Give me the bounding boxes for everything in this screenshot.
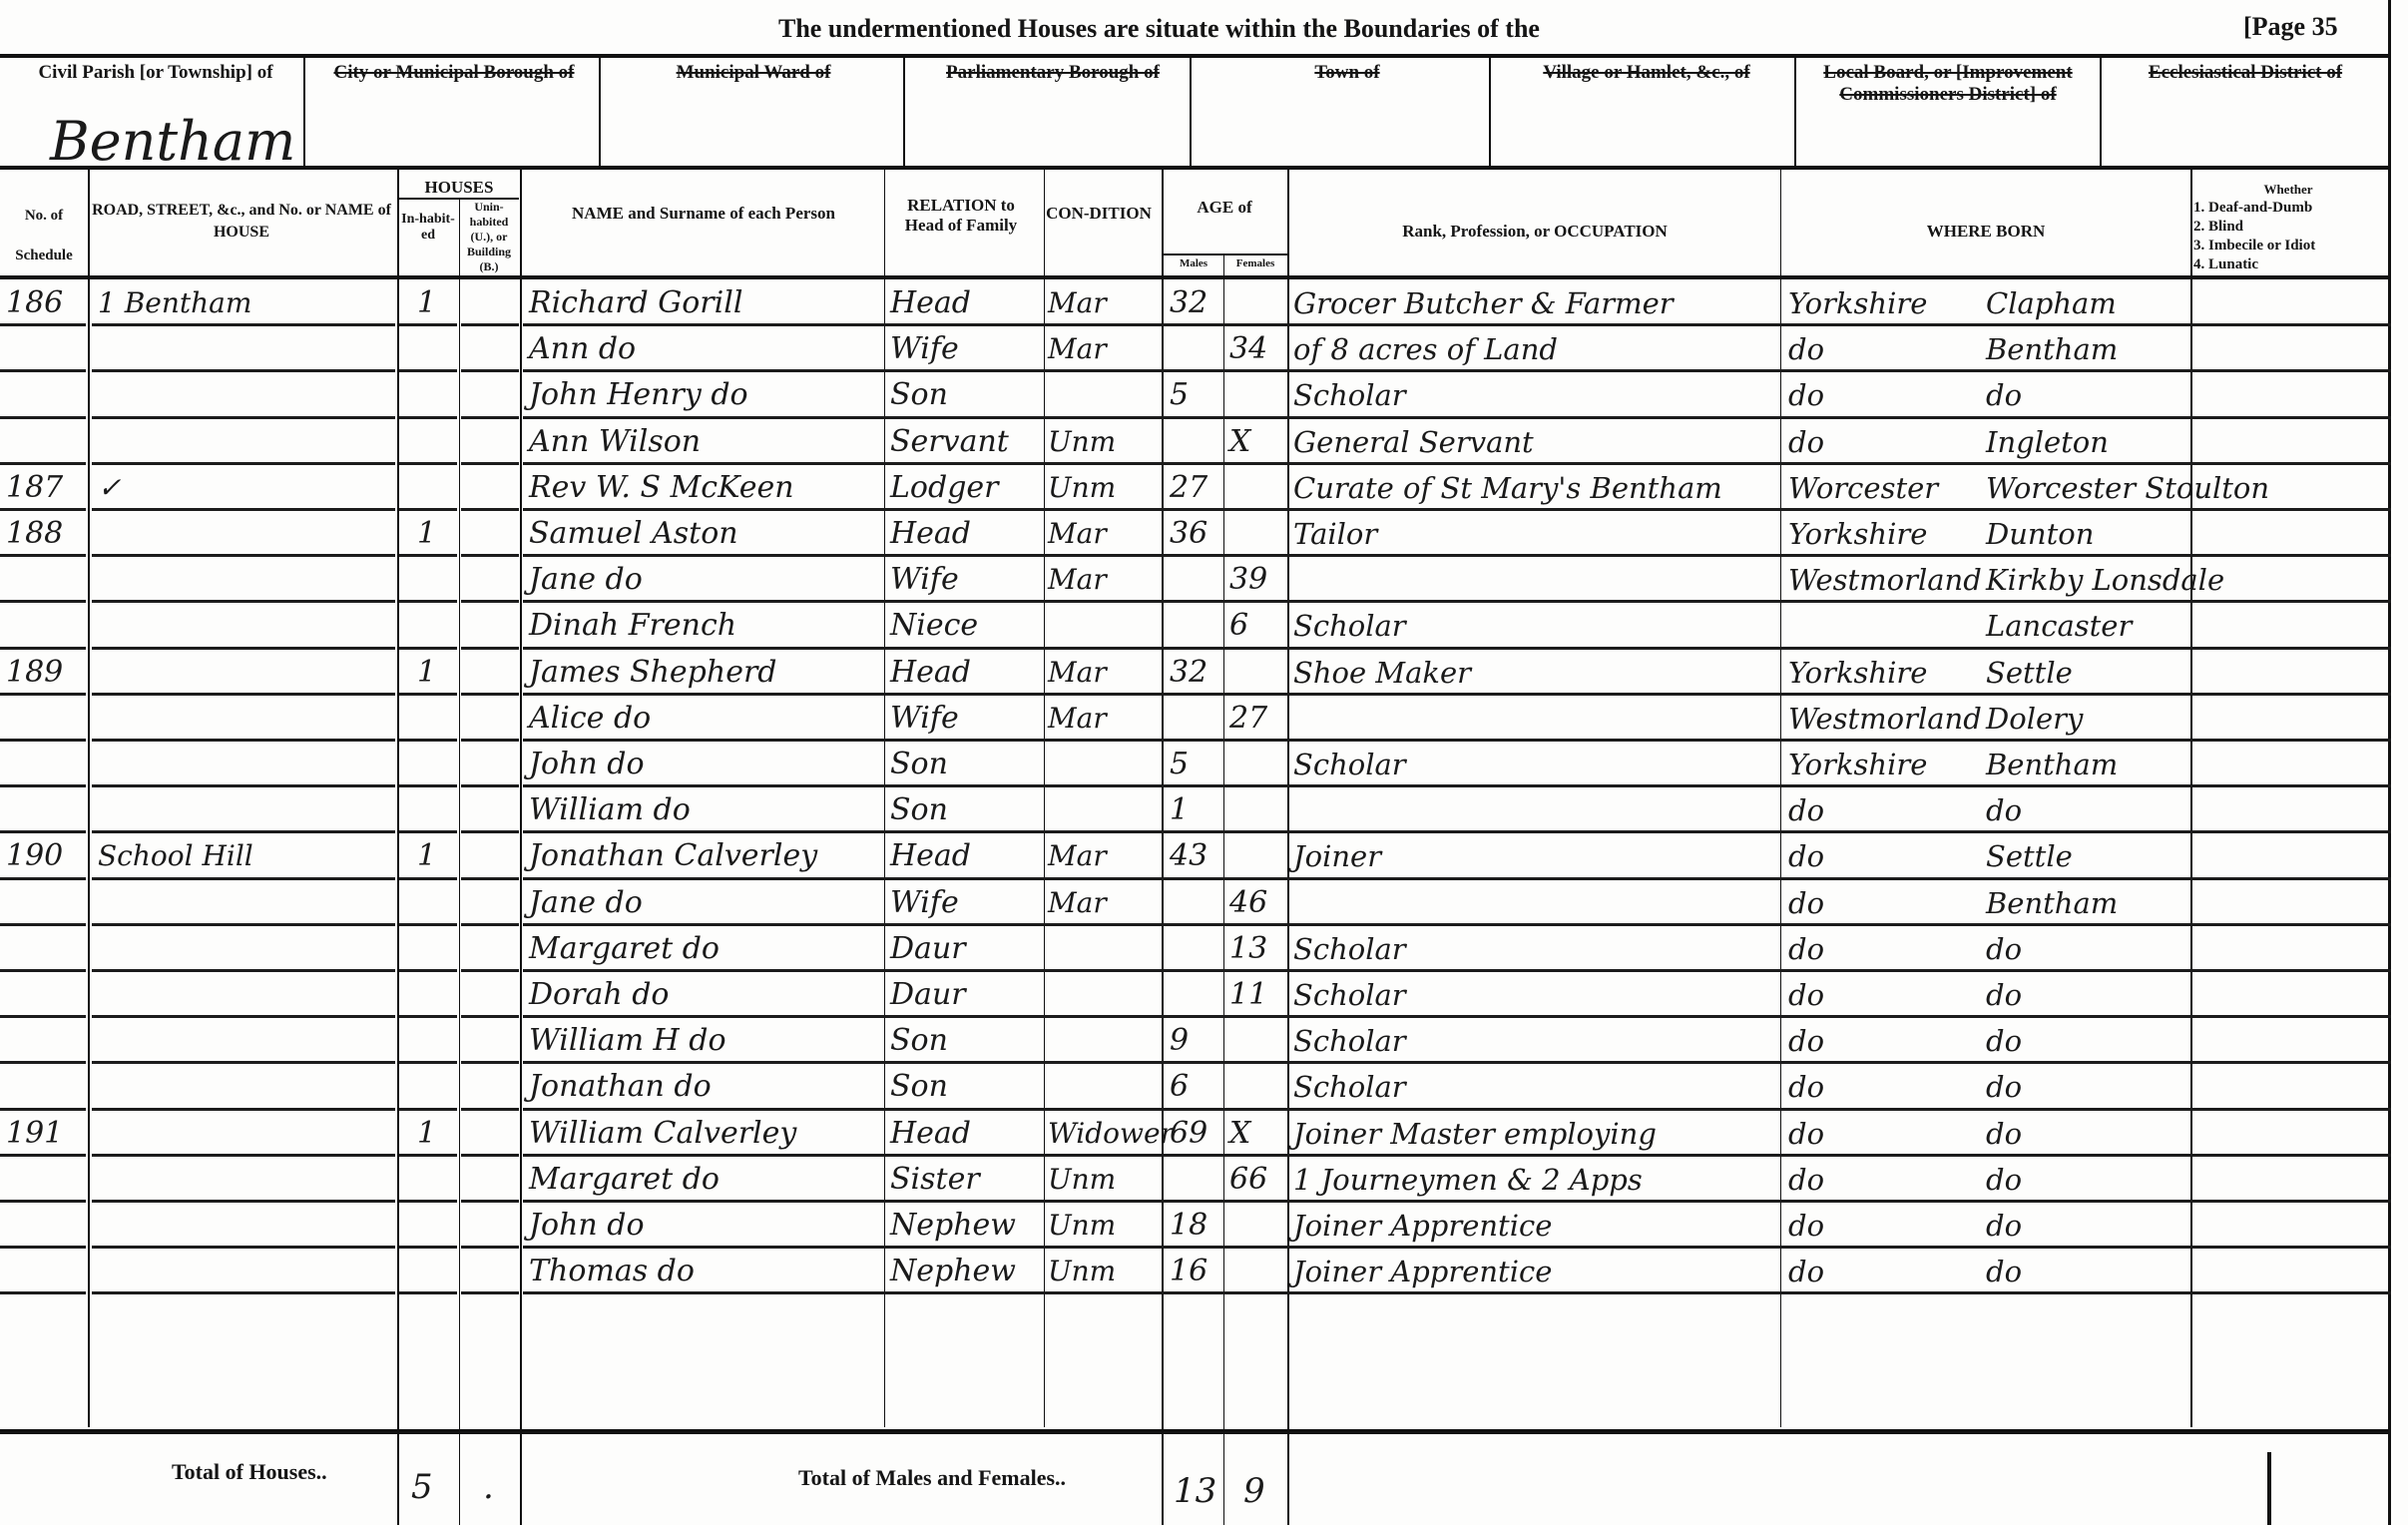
table-row: 1881Samuel AstonHeadMar36TailorYorkshire… — [0, 512, 2408, 558]
cell-name: Jane do — [529, 560, 643, 600]
row-rule — [399, 784, 457, 787]
page-number: [Page 35 — [2243, 12, 2338, 42]
row-rule — [2193, 1108, 2387, 1111]
row-rule — [0, 1061, 86, 1064]
cell-condition: Widower — [1048, 1114, 1174, 1154]
row-rule — [523, 600, 2391, 603]
cell-male-age: 9 — [1170, 1021, 1189, 1061]
row-rule — [523, 877, 2391, 880]
cell-born-county: do — [1788, 975, 1824, 1015]
row-rule — [399, 693, 457, 696]
cell-schedule: 189 — [6, 653, 63, 693]
row-rule — [461, 600, 519, 603]
header-males: Males — [1166, 257, 1221, 269]
cell-inhabited: 1 — [417, 283, 436, 323]
cell-name: William Calverley — [529, 1114, 796, 1154]
row-rule — [523, 369, 2391, 372]
cell-condition: Mar — [1048, 883, 1107, 923]
row-rule — [2193, 877, 2387, 880]
row-rule — [399, 830, 457, 833]
row-rule — [2193, 784, 2387, 787]
row-rule — [461, 739, 519, 742]
row-rule — [461, 1154, 519, 1157]
cell-condition: Mar — [1048, 560, 1107, 600]
row-rule — [0, 1108, 86, 1111]
cell-female-age: 13 — [1229, 929, 1267, 969]
cell-name: Jonathan do — [529, 1067, 712, 1107]
cell-male-age: 32 — [1170, 283, 1207, 323]
row-rule — [92, 600, 395, 603]
row-rule — [399, 416, 457, 419]
cell-born-place: Settle — [1986, 836, 2073, 876]
cell-relation: Head — [890, 836, 971, 876]
cell-born-county: do — [1788, 929, 1824, 969]
row-rule — [399, 923, 457, 926]
cell-relation: Son — [890, 1067, 948, 1107]
row-rule — [523, 416, 2391, 419]
row-rule — [2193, 1154, 2387, 1157]
infirmity-option: 4. Lunatic — [2193, 255, 2383, 274]
cell-female-age: 39 — [1229, 560, 1267, 600]
cell-name: James Shepherd — [529, 653, 777, 693]
cell-occupation: Scholar — [1293, 929, 1406, 969]
cell-female-age: 27 — [1229, 699, 1267, 739]
cell-condition: Mar — [1048, 699, 1107, 739]
cell-occupation: General Servant — [1293, 422, 1534, 462]
cell-born-place: Clapham — [1986, 283, 2117, 323]
row-rule — [2193, 647, 2387, 650]
header-where-born: WHERE BORN — [1786, 222, 2185, 242]
cell-born-place: Bentham — [1986, 329, 2118, 369]
row-rule — [461, 416, 519, 419]
row-rule — [399, 739, 457, 742]
row-rule — [461, 830, 519, 833]
cell-road: School Hill — [98, 836, 253, 876]
cell-male-age: 69 — [1170, 1114, 1207, 1154]
cell-female-age: X — [1229, 1114, 1250, 1154]
total-houses-uninhabited: . — [483, 1467, 494, 1507]
table-row: 187✓Rev W. S McKeenLodgerUnm27Curate of … — [0, 466, 2408, 512]
table-row: 1911William CalverleyHeadWidower69XJoine… — [0, 1112, 2408, 1158]
header-age: AGE of — [1164, 198, 1285, 218]
row-rule — [92, 323, 395, 326]
cell-born-county: do — [1788, 1252, 1824, 1291]
header-bottom-rule — [0, 275, 2390, 279]
table-row: Jane doWifeMar46doBentham — [0, 881, 2408, 927]
row-rule — [0, 323, 86, 326]
cell-born-county: Westmorland — [1788, 699, 1982, 739]
cell-name: Dinah French — [529, 606, 736, 646]
total-persons-label: Total of Males and Females.. — [798, 1465, 1066, 1491]
row-rule — [2193, 323, 2387, 326]
row-rule — [523, 969, 2391, 972]
cell-born-place: do — [1986, 375, 2022, 415]
cell-born-county: do — [1788, 329, 1824, 369]
cell-born-place: Worcester Stoulton — [1986, 468, 2269, 508]
cell-occupation: Scholar — [1293, 745, 1406, 784]
row-rule — [461, 784, 519, 787]
divider — [1489, 56, 1491, 168]
cell-inhabited: 1 — [417, 1114, 436, 1154]
row-rule — [523, 1108, 2391, 1111]
cell-occupation: Scholar — [1293, 1067, 1406, 1107]
cell-name: Margaret do — [529, 929, 720, 969]
cell-born-place: do — [1986, 1206, 2022, 1246]
row-rule — [0, 923, 86, 926]
header-uninhabited: Unin-habited (U.), or Building (B.) — [459, 200, 519, 274]
cell-female-age: 11 — [1229, 975, 1267, 1015]
row-rule — [0, 647, 86, 650]
cell-female-age: 66 — [1229, 1160, 1267, 1200]
cell-relation: Head — [890, 653, 971, 693]
table-row: Dorah doDaur11Scholardodo — [0, 973, 2408, 1019]
cell-name: Rev W. S McKeen — [529, 468, 794, 508]
cell-born-place: do — [1986, 1067, 2022, 1107]
row-rule — [461, 1108, 519, 1111]
cell-occupation: Scholar — [1293, 1021, 1406, 1061]
row-rule — [92, 508, 395, 511]
row-rule — [2193, 1291, 2387, 1294]
row-rule — [0, 1246, 86, 1249]
infirmity-option: 1. Deaf-and-Dumb — [2193, 199, 2383, 218]
cell-condition: Unm — [1048, 1206, 1116, 1246]
row-rule — [461, 877, 519, 880]
table-row: 1861 Bentham1Richard GorillHeadMar32Groc… — [0, 281, 2408, 327]
cell-born-place: do — [1986, 975, 2022, 1015]
divider — [303, 56, 305, 168]
row-rule — [461, 1061, 519, 1064]
cell-born-county: Westmorland — [1788, 560, 1982, 600]
header-condition: CON-DITION — [1044, 204, 1154, 224]
frame-top-rule — [0, 54, 2390, 58]
cell-relation: Son — [890, 375, 948, 415]
row-rule — [92, 1108, 395, 1111]
cell-schedule: 186 — [6, 283, 63, 323]
cell-relation: Son — [890, 790, 948, 830]
cell-occupation: Joiner Apprentice — [1293, 1252, 1552, 1291]
row-rule — [523, 1291, 2391, 1294]
table-row: William doSon1dodo — [0, 788, 2408, 834]
divider — [2100, 56, 2102, 168]
header-schedule: No. of Schedule — [2, 196, 86, 275]
row-rule — [2193, 693, 2387, 696]
cell-born-county: Yorkshire — [1788, 514, 1927, 554]
cell-male-age: 6 — [1170, 1067, 1189, 1107]
cell-occupation: Joiner Apprentice — [1293, 1206, 1552, 1246]
header-name: NAME and Surname of each Person — [529, 204, 878, 224]
row-rule — [92, 923, 395, 926]
header-females: Females — [1225, 257, 1285, 269]
row-rule — [92, 877, 395, 880]
row-rule — [461, 462, 519, 465]
cell-road: ✓ — [98, 468, 121, 508]
cell-born-county: do — [1788, 1067, 1824, 1107]
row-rule — [0, 830, 86, 833]
divider — [1164, 254, 1287, 255]
row-rule — [92, 739, 395, 742]
total-houses-label: Total of Houses.. — [172, 1459, 327, 1485]
row-rule — [92, 969, 395, 972]
cell-relation: Son — [890, 745, 948, 784]
row-rule — [461, 369, 519, 372]
table-row: Alice doWifeMar27WestmorlandDolery — [0, 697, 2408, 743]
cell-name: Margaret do — [529, 1160, 720, 1200]
cell-condition: Unm — [1048, 422, 1116, 462]
row-rule — [0, 600, 86, 603]
cell-name: Thomas do — [529, 1252, 695, 1291]
boundary-local-board-label: Local Board, or [Improvement Commissione… — [1798, 62, 2098, 106]
divider — [903, 56, 905, 168]
table-row: Margaret doSisterUnm661 Journeymen & 2 A… — [0, 1158, 2408, 1204]
row-rule — [92, 1246, 395, 1249]
cell-born-county: Yorkshire — [1788, 653, 1927, 693]
row-rule — [461, 693, 519, 696]
row-rule — [523, 1061, 2391, 1064]
table-row: 190School Hill1Jonathan CalverleyHeadMar… — [0, 834, 2408, 880]
header-inhabited: In-habit-ed — [399, 212, 457, 244]
cell-born-place: do — [1986, 929, 2022, 969]
row-rule — [92, 554, 395, 557]
cell-born-place: Dunton — [1986, 514, 2094, 554]
row-rule — [0, 969, 86, 972]
row-rule — [523, 784, 2391, 787]
table-row: John Henry doSon5Scholardodo — [0, 373, 2408, 419]
cell-condition: Mar — [1048, 836, 1107, 876]
row-rule — [0, 877, 86, 880]
cell-male-age: 1 — [1170, 790, 1189, 830]
cell-relation: Servant — [890, 422, 1009, 462]
cell-born-county: do — [1788, 1206, 1824, 1246]
census-page: The undermentioned Houses are situate wi… — [0, 0, 2408, 1525]
cell-name: Jonathan Calverley — [529, 836, 817, 876]
page-title: The undermentioned Houses are situate wi… — [778, 14, 1540, 44]
row-rule — [399, 1108, 457, 1111]
divider — [1794, 56, 1796, 168]
cell-condition: Mar — [1048, 329, 1107, 369]
cell-name: Samuel Aston — [529, 514, 738, 554]
row-rule — [399, 647, 457, 650]
infirmity-title: Whether — [2193, 180, 2383, 199]
boundary-bottom-rule — [0, 166, 2390, 170]
table-row: Thomas doNephewUnm16Joiner Apprenticedod… — [0, 1250, 2408, 1295]
row-rule — [399, 554, 457, 557]
row-rule — [523, 693, 2391, 696]
boundary-borough-label: City or Municipal Borough of — [309, 62, 599, 84]
cell-occupation: Tailor — [1293, 514, 1377, 554]
cell-occupation: of 8 acres of Land — [1293, 329, 1558, 369]
row-rule — [92, 1291, 395, 1294]
infirmity-option: 2. Blind — [2193, 218, 2383, 237]
row-rule — [2193, 600, 2387, 603]
cell-born-place: Settle — [1986, 653, 2073, 693]
header-occupation: Rank, Profession, or OCCUPATION — [1289, 222, 1780, 242]
cell-name: Alice do — [529, 699, 651, 739]
cell-name: Dorah do — [529, 975, 669, 1015]
boundary-ward-label: Municipal Ward of — [604, 62, 903, 84]
cell-born-place: Dolery — [1986, 699, 2083, 739]
cell-occupation: Grocer Butcher & Farmer — [1293, 283, 1674, 323]
header-infirmity: Whether 1. Deaf-and-Dumb 2. Blind 3. Imb… — [2193, 180, 2383, 274]
cell-occupation: Scholar — [1293, 375, 1406, 415]
cell-born-place: Ingleton — [1986, 422, 2109, 462]
row-rule — [399, 1154, 457, 1157]
row-rule — [399, 1061, 457, 1064]
cell-relation: Niece — [890, 606, 978, 646]
row-rule — [523, 508, 2391, 511]
cell-condition: Unm — [1048, 1252, 1116, 1291]
row-rule — [399, 462, 457, 465]
cell-relation: Lodger — [890, 468, 999, 508]
table-row: Ann WilsonServantUnmXGeneral ServantdoIn… — [0, 420, 2408, 466]
row-rule — [0, 1154, 86, 1157]
row-rule — [399, 877, 457, 880]
cell-condition: Mar — [1048, 653, 1107, 693]
cell-male-age: 5 — [1170, 745, 1189, 784]
table-row: 1891James ShepherdHeadMar32Shoe MakerYor… — [0, 651, 2408, 697]
row-rule — [0, 1291, 86, 1294]
cell-male-age: 36 — [1170, 514, 1207, 554]
row-rule — [92, 693, 395, 696]
row-rule — [92, 369, 395, 372]
cell-occupation: Shoe Maker — [1293, 653, 1471, 693]
cell-born-county: Yorkshire — [1788, 283, 1927, 323]
table-row: William H doSon9Scholardodo — [0, 1019, 2408, 1065]
total-males: 13 — [1174, 1471, 1216, 1511]
cell-condition: Mar — [1048, 514, 1107, 554]
cell-name: Richard Gorill — [529, 283, 742, 323]
row-rule — [399, 1200, 457, 1203]
row-rule — [461, 923, 519, 926]
cell-relation: Head — [890, 283, 971, 323]
row-rule — [523, 1200, 2391, 1203]
row-rule — [0, 693, 86, 696]
row-rule — [2193, 969, 2387, 972]
row-rule — [2193, 416, 2387, 419]
row-rule — [399, 508, 457, 511]
row-rule — [0, 462, 86, 465]
row-rule — [523, 647, 2391, 650]
row-rule — [399, 1291, 457, 1294]
row-rule — [523, 554, 2391, 557]
cell-relation: Son — [890, 1021, 948, 1061]
cell-occupation: Curate of St Mary's Bentham — [1293, 468, 1722, 508]
cell-born-county: Yorkshire — [1788, 745, 1927, 784]
cell-born-county: do — [1788, 1114, 1824, 1154]
row-rule — [92, 784, 395, 787]
page-edge-mark — [2267, 1452, 2271, 1525]
cell-condition: Unm — [1048, 1160, 1116, 1200]
row-rule — [2193, 1015, 2387, 1018]
boundary-village-label: Village or Hamlet, &c., of — [1497, 62, 1796, 84]
cell-schedule: 187 — [6, 468, 63, 508]
cell-relation: Head — [890, 514, 971, 554]
row-rule — [461, 1015, 519, 1018]
cell-relation: Nephew — [890, 1206, 1016, 1246]
row-rule — [2193, 739, 2387, 742]
row-rule — [0, 739, 86, 742]
row-rule — [0, 1015, 86, 1018]
cell-born-place: do — [1986, 1021, 2022, 1061]
cell-born-county: do — [1788, 375, 1824, 415]
row-rule — [399, 323, 457, 326]
table-row: Jane doWifeMar39WestmorlandKirkby Lonsda… — [0, 558, 2408, 604]
row-rule — [523, 1154, 2391, 1157]
row-rule — [523, 739, 2391, 742]
totals-top-rule — [0, 1429, 2390, 1434]
cell-name: John do — [529, 1206, 645, 1246]
cell-relation: Wife — [890, 699, 959, 739]
header-houses: HOUSES — [399, 178, 519, 198]
row-rule — [0, 1200, 86, 1203]
row-rule — [2193, 1200, 2387, 1203]
cell-born-county: do — [1788, 1160, 1824, 1200]
row-rule — [399, 1246, 457, 1249]
cell-occupation: Joiner — [1293, 836, 1381, 876]
row-rule — [2193, 369, 2387, 372]
row-rule — [523, 1246, 2391, 1249]
row-rule — [399, 969, 457, 972]
cell-relation: Sister — [890, 1160, 980, 1200]
cell-road: 1 Bentham — [98, 283, 251, 323]
table-row: Margaret doDaur13Scholardodo — [0, 927, 2408, 973]
cell-born-place: do — [1986, 1160, 2022, 1200]
row-rule — [0, 369, 86, 372]
row-rule — [92, 647, 395, 650]
cell-born-county: do — [1788, 422, 1824, 462]
cell-female-age: 34 — [1229, 329, 1267, 369]
cell-male-age: 27 — [1170, 468, 1207, 508]
cell-relation: Nephew — [890, 1252, 1016, 1291]
cell-born-place: Bentham — [1986, 883, 2118, 923]
row-rule — [0, 416, 86, 419]
row-rule — [399, 1015, 457, 1018]
cell-schedule: 188 — [6, 514, 63, 554]
row-rule — [461, 647, 519, 650]
row-rule — [461, 1200, 519, 1203]
cell-inhabited: 1 — [417, 836, 436, 876]
row-rule — [523, 1015, 2391, 1018]
cell-born-place: Bentham — [1986, 745, 2118, 784]
cell-relation: Daur — [890, 975, 966, 1015]
row-rule — [523, 830, 2391, 833]
cell-name: William H do — [529, 1021, 726, 1061]
row-rule — [92, 830, 395, 833]
cell-male-age: 32 — [1170, 653, 1207, 693]
cell-born-place: do — [1986, 1114, 2022, 1154]
cell-name: John do — [529, 745, 645, 784]
cell-female-age: 6 — [1229, 606, 1248, 646]
cell-born-place: Kirkby Lonsdale — [1986, 560, 2224, 600]
row-rule — [2193, 508, 2387, 511]
cell-male-age: 43 — [1170, 836, 1207, 876]
cell-name: Jane do — [529, 883, 643, 923]
cell-born-place: Lancaster — [1986, 606, 2132, 646]
row-rule — [2193, 1061, 2387, 1064]
row-rule — [461, 1246, 519, 1249]
table-row: Dinah FrenchNiece6ScholarLancaster — [0, 604, 2408, 650]
row-rule — [461, 554, 519, 557]
boundary-ecclesiastical-label: Ecclesiastical District of — [2104, 62, 2387, 84]
cell-female-age: X — [1229, 422, 1250, 462]
row-rule — [2193, 554, 2387, 557]
total-females: 9 — [1243, 1471, 1265, 1511]
boundary-parliamentary-label: Parliamentary Borough of — [908, 62, 1198, 84]
total-houses-inhabited: 5 — [411, 1467, 433, 1507]
row-rule — [461, 508, 519, 511]
boundary-town-label: Town of — [1203, 62, 1492, 84]
row-rule — [92, 1061, 395, 1064]
row-rule — [2193, 923, 2387, 926]
